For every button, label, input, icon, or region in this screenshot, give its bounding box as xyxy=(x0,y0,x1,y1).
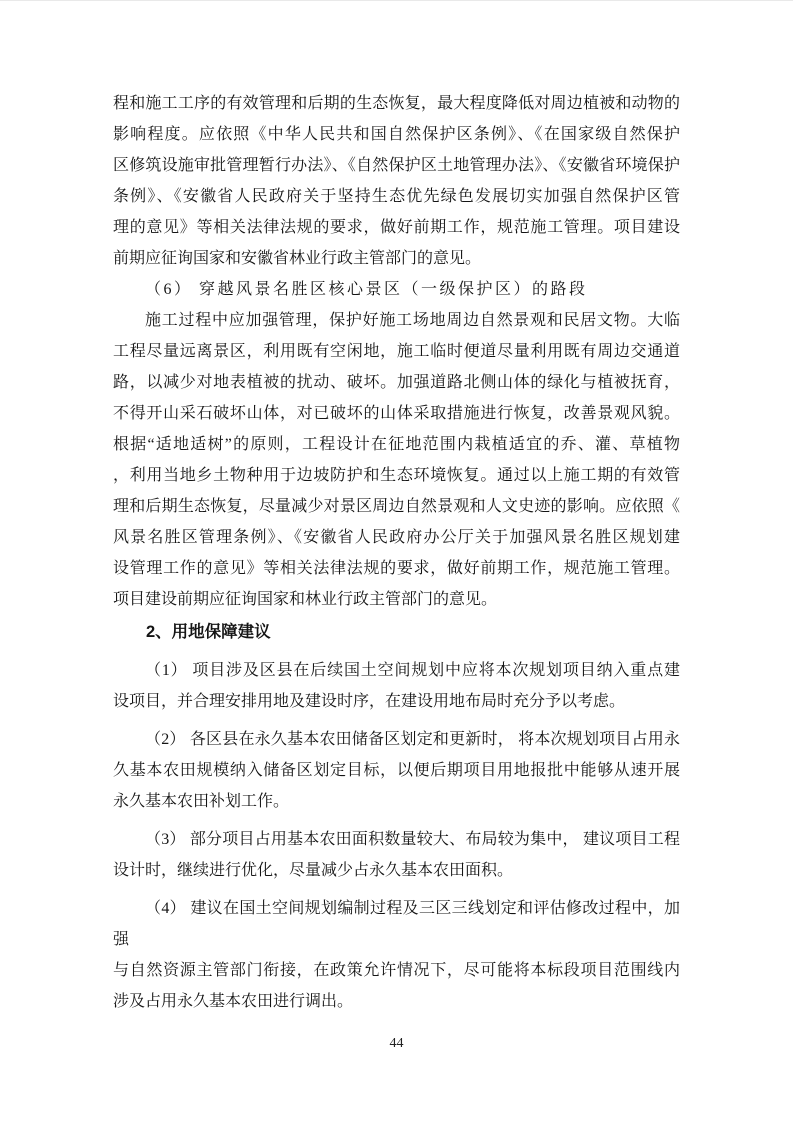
text-line: 设管理工作的意见》等相关法律法规的要求，做好前期工作，规范施工管理。 xyxy=(113,553,680,584)
text-line: 根据“适地适树”的原则，工程设计在征地范围内栽植适宜的乔、灌、草植物 xyxy=(113,429,680,460)
text-line: 条例》、《安徽省人民政府关于坚持生态优先绿色发展切实加强自然保护区管 xyxy=(113,181,680,212)
paragraph-body: 施工过程中应加强管理，保护好施工场地周边自然景观和民居文物。大临工程尽量远离景区… xyxy=(113,305,680,615)
text-line: 与自然资源主管部门衔接，在政策允许情况下，尽可能将本标段项目范围线内 xyxy=(113,955,680,986)
paragraph-list-item-heading: （6） 穿越风景名胜区核心景区（一级保护区）的路段 xyxy=(113,274,680,305)
text-line: 影响程度。应依照《中华人民共和国自然保护区条例》、《在国家级自然保护 xyxy=(113,119,680,150)
paragraph-numbered-item: （2） 各区县在永久基本农田储备区划定和更新时， 将本次规划项目占用永久基本农田… xyxy=(113,724,680,817)
page-number: 44 xyxy=(0,1036,793,1052)
text-line: 施工过程中应加强管理，保护好施工场地周边自然景观和民居文物。大临 xyxy=(113,305,680,336)
text-line: 区修筑设施审批管理暂行办法》、《自然保护区土地管理办法》、《安徽省环境保护 xyxy=(113,150,680,181)
paragraph-numbered-item: （3） 部分项目占用基本农田面积数量较大、布局较为集中， 建议项目工程设计时，继… xyxy=(113,824,680,886)
paragraph-section-heading: 2、用地保障建议 xyxy=(113,617,680,648)
text-line: 不得开山采石破坏山体，对已破坏的山体采取措施进行恢复，改善景观风貌。 xyxy=(113,398,680,429)
page-top-edge-line xyxy=(0,0,793,1)
text-line: 路，以减少对地表植被的扰动、破坏。加强道路北侧山体的绿化与植被抚育， xyxy=(113,367,680,398)
text-line: （2） 各区县在永久基本农田储备区划定和更新时， 将本次规划项目占用永 xyxy=(113,724,680,755)
text-line: 理和后期生态恢复，尽量减少对景区周边自然景观和人文史迹的影响。应依照《 xyxy=(113,491,680,522)
text-line: 风景名胜区管理条例》、《安徽省人民政府办公厅关于加强风景名胜区规划建 xyxy=(113,522,680,553)
text-line: （3） 部分项目占用基本农田面积数量较大、布局较为集中， 建议项目工程 xyxy=(113,824,680,855)
text-line: （4） 建议在国土空间规划编制过程及三区三线划定和评估修改过程中，加强 xyxy=(113,893,680,955)
text-line: 程和施工工序的有效管理和后期的生态恢复，最大程度降低对周边植被和动物的 xyxy=(113,88,680,119)
text-line: 理的意见》等相关法律法规的要求，做好前期工作，规范施工管理。项目建设 xyxy=(113,212,680,243)
paragraph-body-continuation: 程和施工工序的有效管理和后期的生态恢复，最大程度降低对周边植被和动物的影响程度。… xyxy=(113,88,680,274)
paragraph-numbered-item: （4） 建议在国土空间规划编制过程及三区三线划定和评估修改过程中，加强与自然资源… xyxy=(113,893,680,1017)
text-line: 久基本农田规模纳入储备区划定目标，以便后期项目用地报批中能够从速开展 xyxy=(113,755,680,786)
text-line: 设项目，并合理安排用地及建设时序，在建设用地布局时充分予以考虑。 xyxy=(113,686,680,717)
document-page: 程和施工工序的有效管理和后期的生态恢复，最大程度降低对周边植被和动物的影响程度。… xyxy=(0,0,793,1122)
text-line: 设计时，继续进行优化，尽量减少占永久基本农田面积。 xyxy=(113,855,680,886)
text-line: （1） 项目涉及区县在后续国土空间规划中应将本次规划项目纳入重点建 xyxy=(113,655,680,686)
text-line: 前期应征询国家和安徽省林业行政主管部门的意见。 xyxy=(113,243,680,274)
text-line: 2、用地保障建议 xyxy=(113,617,680,648)
text-line: 永久基本农田补划工作。 xyxy=(113,786,680,817)
text-line: 项目建设前期应征询国家和林业行政主管部门的意见。 xyxy=(113,584,680,615)
text-line: （6） 穿越风景名胜区核心景区（一级保护区）的路段 xyxy=(113,274,680,305)
paragraph-numbered-item: （1） 项目涉及区县在后续国土空间规划中应将本次规划项目纳入重点建设项目，并合理… xyxy=(113,655,680,717)
text-line: 工程尽量远离景区，利用既有空闲地，施工临时便道尽量利用既有周边交通道 xyxy=(113,336,680,367)
text-line: 涉及占用永久基本农田进行调出。 xyxy=(113,986,680,1017)
text-line: ，利用当地乡土物种用于边坡防护和生态环境恢复。通过以上施工期的有效管 xyxy=(113,460,680,491)
document-text-block: 程和施工工序的有效管理和后期的生态恢复，最大程度降低对周边植被和动物的影响程度。… xyxy=(113,88,680,1017)
